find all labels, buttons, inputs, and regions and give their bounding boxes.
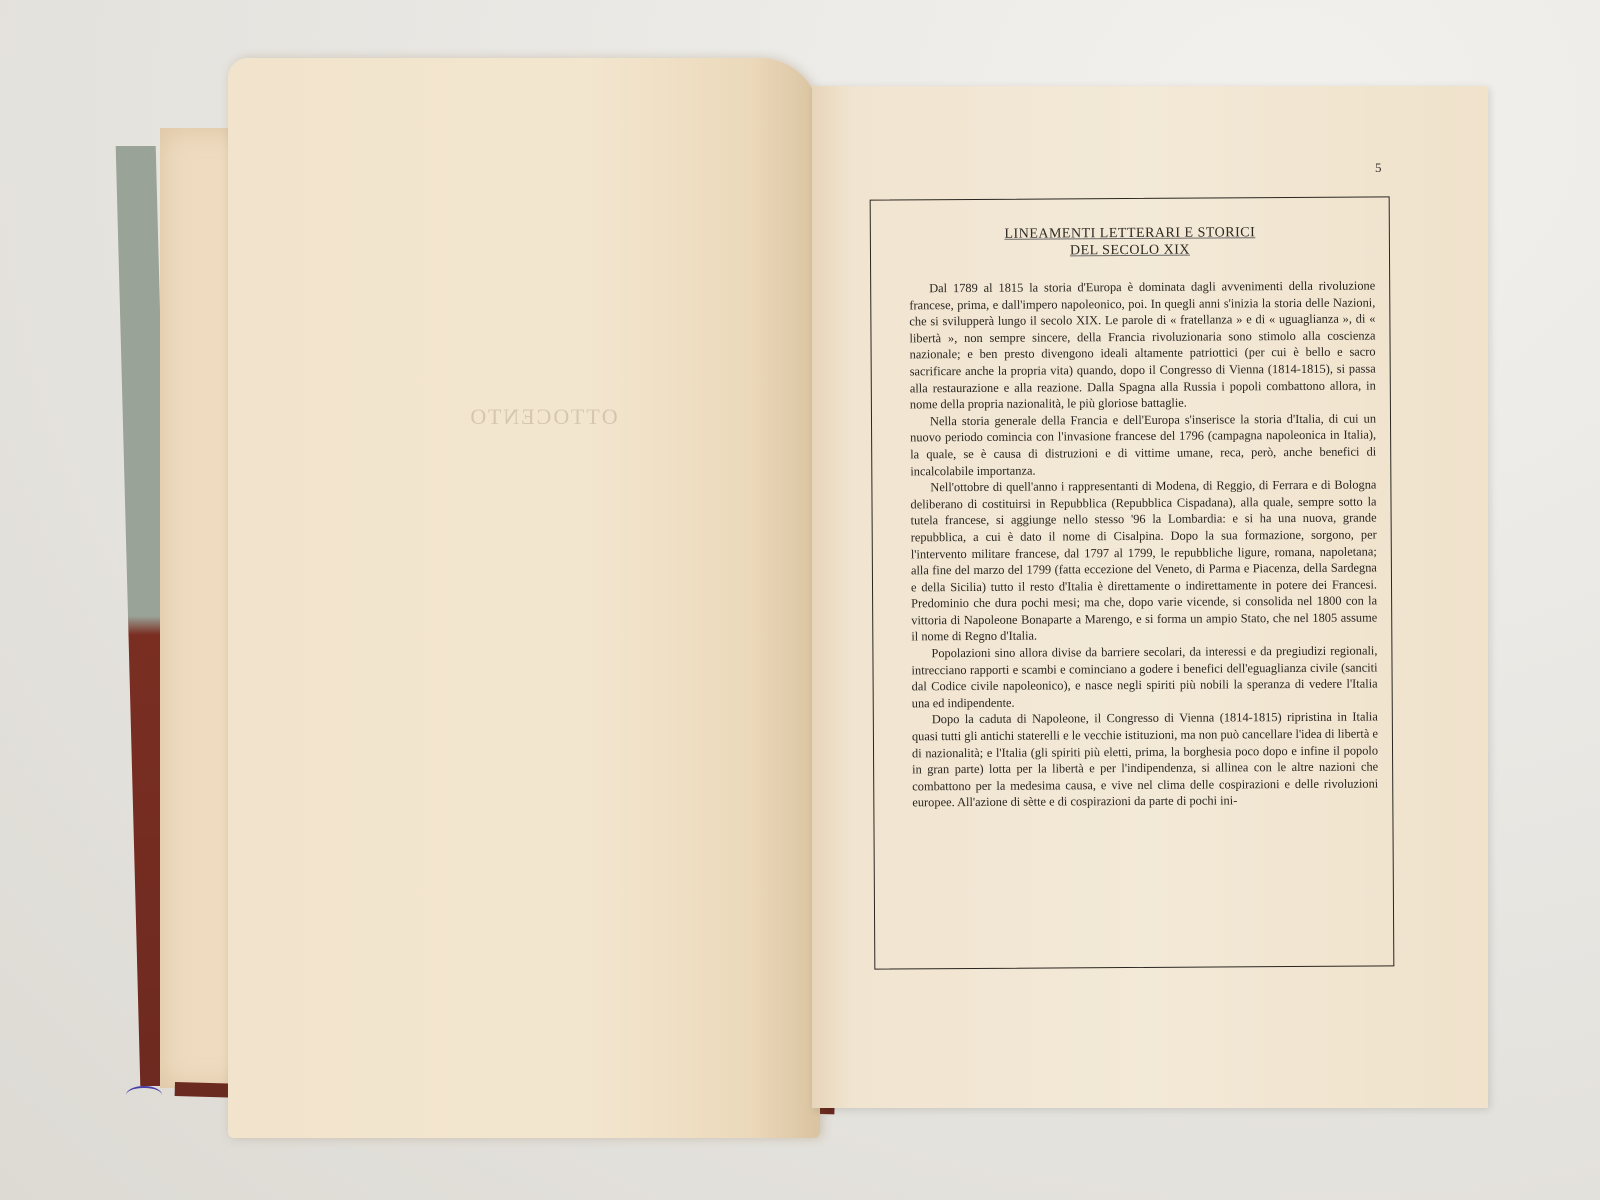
paragraph: Nell'ottobre di quell'anno i rappresenta… (910, 477, 1377, 646)
paragraph: Nella storia generale della Francia e de… (910, 410, 1376, 479)
text-frame: LINEAMENTI LETTERARI E STORICI DEL SECOL… (870, 196, 1395, 969)
left-page-bleed-through: OTTOCENTO (468, 404, 618, 430)
left-page[interactable] (228, 58, 820, 1138)
paragraph: Dopo la caduta di Napoleone, il Congress… (912, 709, 1379, 811)
paragraph: Popolazioni sino allora divise da barrie… (911, 643, 1377, 712)
bleed-text: OTTOCENTO (468, 404, 617, 429)
title-line-2: DEL SECOLO XIX (871, 240, 1389, 260)
pen-mark (126, 1086, 162, 1104)
chapter-title: LINEAMENTI LETTERARI E STORICI DEL SECOL… (871, 223, 1389, 260)
body-text: Dal 1789 al 1815 la storia d'Europa è do… (909, 278, 1378, 812)
paragraph: Dal 1789 al 1815 la storia d'Europa è do… (909, 278, 1376, 414)
page-number: 5 (1375, 160, 1382, 176)
